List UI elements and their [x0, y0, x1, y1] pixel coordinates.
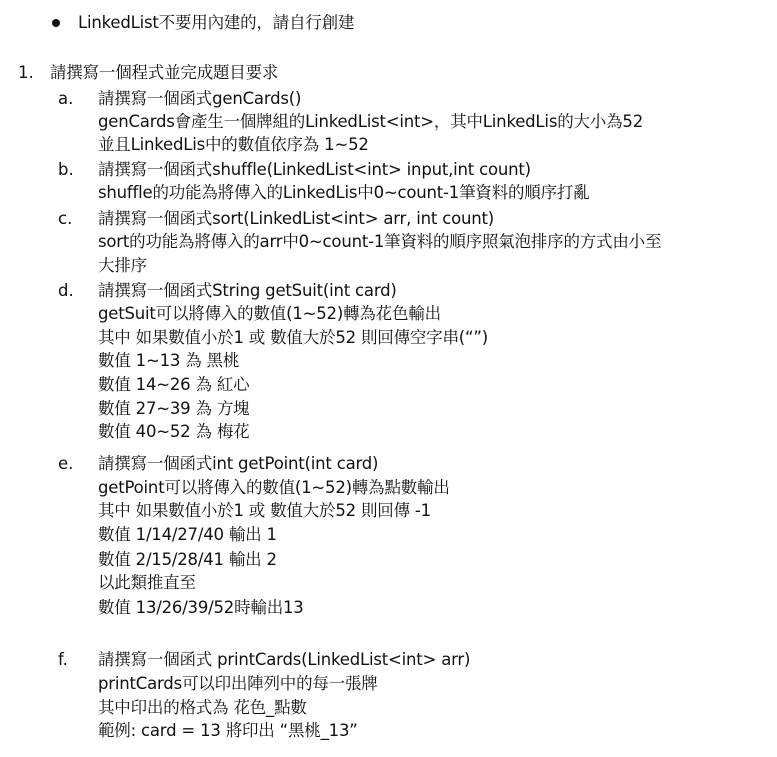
item-d-line: 其中 如果數值小於1 或 數值大於52 則回傳空字串(“”) [98, 328, 488, 348]
bullet-icon [52, 19, 60, 27]
item-e-line: 數值 1/14/27/40 輸出 1 [98, 525, 277, 545]
item-e-line: 數值 13/26/39/52時輸出13 [98, 598, 304, 618]
item-d-line: 數值 40~52 為 梅花 [98, 422, 249, 442]
item-e-line: 以此類推直至 [98, 573, 196, 593]
item-marker-c: c. [58, 209, 72, 229]
item-f-line: 範例: card = 13 將印出 “黑桃_13” [98, 721, 358, 741]
item-e-line: getPoint可以將傳入的數值(1~52)轉為點數輸出 [98, 478, 450, 498]
item-f-line: printCards可以印出陣列中的每一張牌 [98, 674, 378, 694]
item-marker-f: f. [58, 650, 68, 670]
item-f-line: 請撰寫一個函式 printCards(LinkedList<int> arr) [98, 650, 470, 670]
item-e-line: 其中 如果數值小於1 或 數值大於52 則回傳 -1 [98, 501, 431, 521]
item-d-line: 數值 14~26 為 紅心 [98, 375, 249, 395]
item-d-line: 數值 1~13 為 黑桃 [98, 351, 239, 371]
item-e-line: 請撰寫一個函式int getPoint(int card) [98, 454, 378, 474]
item-e-line: 數值 2/15/28/41 輸出 2 [98, 550, 277, 570]
question-number: 1. [18, 63, 34, 83]
item-marker-e: e. [58, 454, 73, 474]
item-f-line: 其中印出的格式為 花色_點數 [98, 698, 307, 718]
item-d-line: getSuit可以將傳入的數值(1~52)轉為花色輸出 [98, 304, 441, 324]
item-marker-b: b. [58, 160, 74, 180]
item-d-line: 請撰寫一個函式String getSuit(int card) [98, 281, 397, 301]
item-c-line: sort的功能為將傳入的arr中0~count-1筆資料的順序照氣泡排序的方式由… [98, 232, 661, 252]
item-marker-a: a. [58, 89, 73, 109]
item-b-line: shuffle的功能為將傳入的LinkedLis中0~count-1筆資料的順序… [98, 183, 590, 203]
item-c-line: 大排序 [98, 256, 147, 276]
item-d-line: 數值 27~39 為 方塊 [98, 399, 249, 419]
item-c-line: 請撰寫一個函式sort(LinkedList<int> arr, int cou… [98, 209, 494, 229]
note-text: LinkedList不要用內建的，請自行創建 [78, 13, 354, 33]
item-marker-d: d. [58, 281, 74, 301]
question-title: 請撰寫一個程式並完成題目要求 [50, 63, 278, 83]
item-b-line: 請撰寫一個函式shuffle(LinkedList<int> input,int… [98, 160, 531, 180]
item-a-line: 並且LinkedLis中的數值依序為 1~52 [98, 135, 369, 155]
item-a-line: genCards會產生一個牌組的LinkedList<int>，其中Linked… [98, 112, 643, 132]
item-a-line: 請撰寫一個函式genCards() [98, 89, 301, 109]
